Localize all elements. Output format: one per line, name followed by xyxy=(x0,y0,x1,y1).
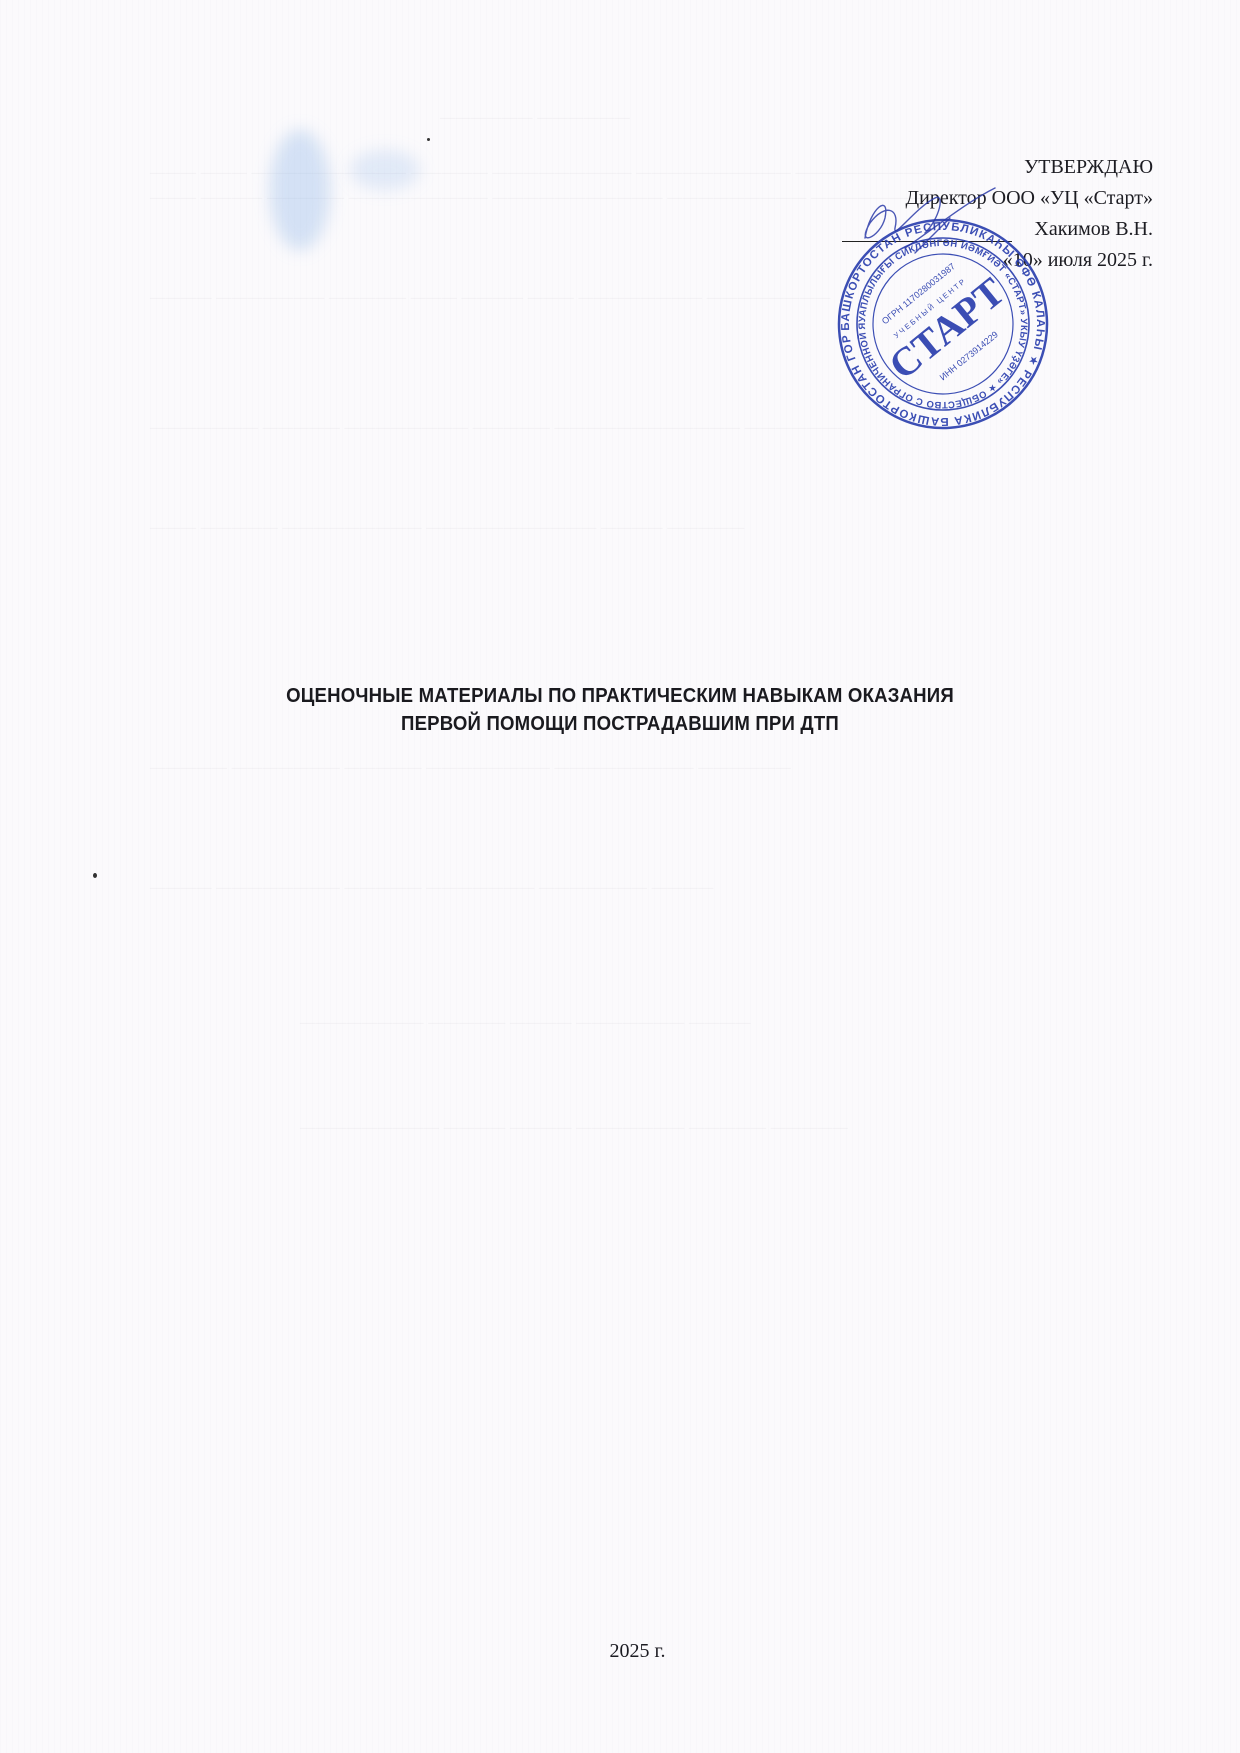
title-line-1: ОЦЕНОЧНЫЕ МАТЕРИАЛЫ ПО ПРАКТИЧЕСКИМ НАВЫ… xyxy=(43,682,1196,710)
document-title: ОЦЕНОЧНЫЕ МАТЕРИАЛЫ ПО ПРАКТИЧЕСКИМ НАВЫ… xyxy=(43,682,1196,738)
title-line-2: ПЕРВОЙ ПОМОЩИ ПОСТРАДАВШИМ ПРИ ДТП xyxy=(43,710,1196,738)
paper-speck xyxy=(93,873,97,878)
handwritten-signature xyxy=(845,178,1015,268)
paper-speck xyxy=(427,138,430,141)
document-year: 2025 г. xyxy=(0,1640,1240,1663)
ink-smudge xyxy=(350,150,420,190)
ink-smudge xyxy=(270,130,330,250)
